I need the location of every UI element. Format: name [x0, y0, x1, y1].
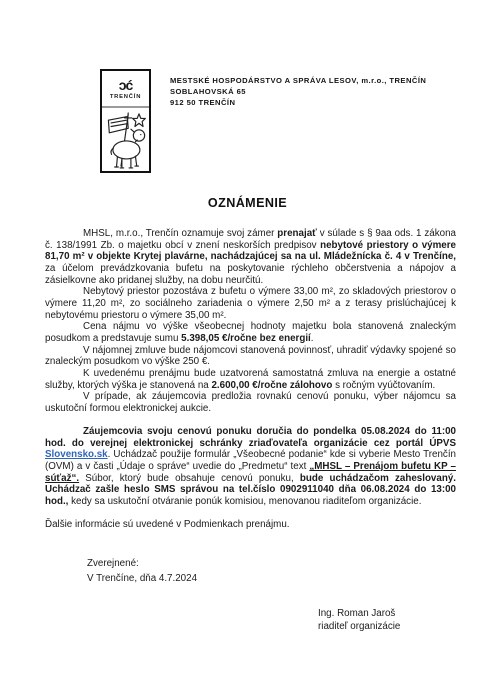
- text-run: V nájomnej zmluve bude nájomcovi stanove…: [45, 345, 456, 368]
- signature-role: riaditeľ organizácie: [318, 621, 400, 634]
- org-street: SOBLAHOVSKÁ 65: [170, 86, 426, 97]
- signature-name: Ing. Roman Jaroš: [318, 608, 400, 621]
- paragraph: V prípade, ak záujemcovia predložia rovn…: [45, 391, 456, 414]
- document-page: ɔć TRENČÍN: [0, 0, 495, 700]
- text-run: Ďalšie informácie sú uvedené v Podmienka…: [45, 519, 290, 530]
- org-address-block: MESTSKÉ HOSPODÁRSTVO A SPRÁVA LESOV, m.r…: [170, 75, 426, 173]
- published-label: Zverejnené:: [87, 556, 197, 571]
- org-city: 912 50 TRENČÍN: [170, 97, 426, 108]
- text-run: za účelom prevádzkovania bufetu na posky…: [45, 263, 456, 286]
- body-paragraphs: MHSL, m.r.o., Trenčín oznamuje svoj záme…: [45, 228, 456, 531]
- text-run: Záujemcovia svoju cenovú ponuku doručia …: [45, 426, 456, 449]
- paragraph: MHSL, m.r.o., Trenčín oznamuje svoj záme…: [45, 228, 456, 286]
- paragraph: K uvedenému prenájmu bude uzatvorená sam…: [45, 368, 456, 391]
- org-name: MESTSKÉ HOSPODÁRSTVO A SPRÁVA LESOV, m.r…: [170, 75, 426, 86]
- text-run: s ročným vyúčtovaním.: [332, 380, 435, 391]
- letterhead: ɔć TRENČÍN: [100, 69, 426, 173]
- paragraph: Cena nájmu vo výške všeobecnej hodnoty m…: [45, 321, 456, 344]
- slovensko-sk-link[interactable]: Slovensko.sk: [45, 449, 108, 460]
- text-run: Súbor, ktorý bude obsahuje cenovú ponuku…: [79, 473, 300, 484]
- published-block: Zverejnené: V Trenčíne, dňa 4.7.2024: [87, 556, 197, 586]
- city-logo-emblem: [102, 108, 149, 171]
- text-run: V prípade, ak záujemcovia predložia rovn…: [45, 391, 456, 414]
- text-run: .: [311, 333, 314, 344]
- text-run: 5.398,05 €/ročne bez energií: [181, 333, 311, 344]
- text-run: kedy sa uskutoční otváranie ponúk komisi…: [68, 496, 421, 507]
- lamb-with-banner-icon: [103, 110, 148, 170]
- city-logo-top: ɔć TRENČÍN: [102, 71, 149, 108]
- signature-block: Ing. Roman Jaroš riaditeľ organizácie: [318, 608, 400, 633]
- city-logo: ɔć TRENČÍN: [100, 69, 151, 173]
- text-run: MHSL, m.r.o., Trenčín oznamuje svoj záme…: [83, 228, 277, 239]
- page-title: OZNÁMENIE: [0, 196, 495, 210]
- text-run: Nebytový priestor pozostáva z bufetu o v…: [45, 286, 456, 320]
- paragraph: Záujemcovia svoju cenovú ponuku doručia …: [45, 426, 456, 508]
- paragraph: Ďalšie informácie sú uvedené v Podmienka…: [45, 519, 456, 531]
- published-place-date: V Trenčíne, dňa 4.7.2024: [87, 571, 197, 586]
- text-run: prenajať: [277, 228, 317, 239]
- city-logo-name: TRENČÍN: [110, 94, 141, 100]
- paragraph: Nebytový priestor pozostáva z bufetu o v…: [45, 286, 456, 321]
- text-run: 2.600,00 €/ročne zálohovo: [211, 380, 332, 391]
- city-logo-mark: ɔć: [119, 78, 133, 92]
- paragraph: V nájomnej zmluve bude nájomcovi stanove…: [45, 345, 456, 368]
